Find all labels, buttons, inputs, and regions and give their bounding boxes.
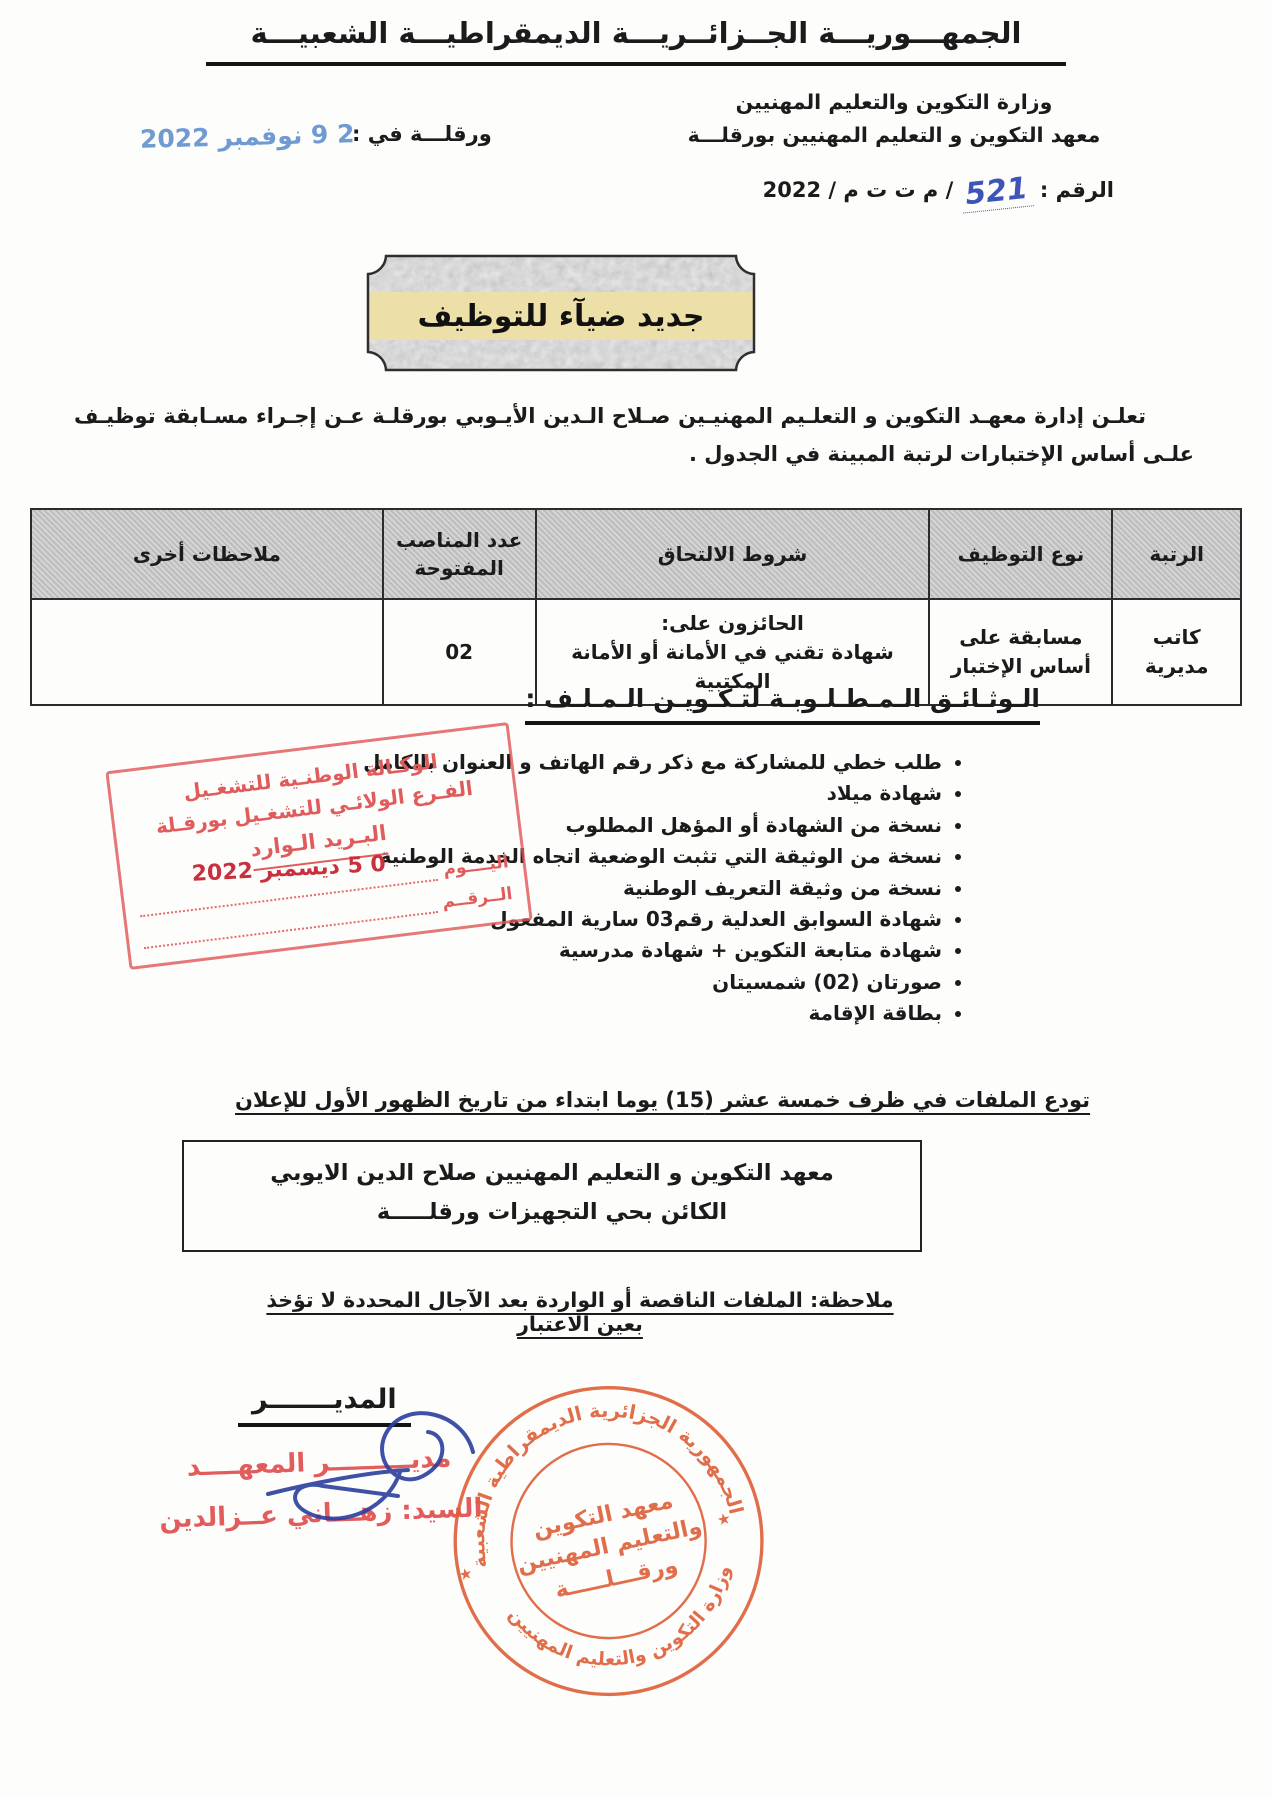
received-date-stamp: 2 9 نوفمبر 2022	[140, 119, 355, 154]
deposit-instructions: تودع الملفات في ظرف خمسة عشر (15) يوما ا…	[235, 1088, 1090, 1112]
anem-ref-label: الــرقــم	[441, 883, 513, 911]
header-conditions: شروط الالتحاق	[536, 509, 930, 599]
header-rank: الرتبة	[1112, 509, 1241, 599]
recruitment-table: الرتبة نوع التوظيف شروط الالتحاق عدد الم…	[30, 508, 1242, 706]
scanned-document-page: الجمهـــوريـــة الجــزائــريـــة الديمقر…	[0, 0, 1272, 1798]
list-item: بطاقة الإقامة	[274, 999, 942, 1027]
anem-day-label: اليــــوم	[442, 852, 509, 880]
reference-label: الرقم :	[1040, 178, 1114, 202]
list-item: شهادة متابعة التكوين + شهادة مدرسية	[274, 936, 942, 964]
intro-paragraph: تعلـن إدارة معهـد التكوين و التعلـيم الم…	[74, 398, 1194, 474]
reference-suffix: / م ت ت م / 2022	[763, 178, 954, 202]
cell-open-positions: 02	[383, 599, 536, 705]
address-line-2: الكائن بحي التجهيزات ورقلـــــة	[184, 1193, 920, 1232]
header-other-notes: ملاحظات أخرى	[31, 509, 383, 599]
remark-note: ملاحظة: الملفات الناقصة أو الواردة بعد ا…	[250, 1288, 910, 1336]
institute-round-seal: الجمهورية الجزائرية الديمقراطية الشعبية …	[413, 1345, 805, 1740]
cell-other-notes	[31, 599, 383, 705]
address-box: معهد التكوين و التعليم المهنيين صلاح الد…	[182, 1140, 922, 1252]
address-line-1: معهد التكوين و التعليم المهنيين صلاح الد…	[184, 1154, 920, 1193]
ministry-name: وزارة التكوين والتعليم المهنيين	[674, 86, 1114, 119]
table-header-row: الرتبة نوع التوظيف شروط الالتحاق عدد الم…	[31, 509, 1241, 599]
documents-heading: الـوثـائـق الـمـطـلـوبـة لتـكـويـن الـمـ…	[525, 684, 1040, 725]
ministry-block: وزارة التكوين والتعليم المهنيين معهد الت…	[674, 86, 1114, 152]
country-title: الجمهـــوريـــة الجــزائــريـــة الديمقر…	[206, 16, 1066, 66]
round-seal-graphic: الجمهورية الجزائرية الديمقراطية الشعبية …	[413, 1345, 804, 1736]
reference-line: الرقم : 521 / م ت ت م / 2022	[763, 172, 1114, 208]
header-open-positions: عدد المناصب المفتوحة	[383, 509, 536, 599]
header-recruitment-type: نوع التوظيف	[929, 509, 1112, 599]
institute-name: معهد التكوين و التعليم المهنيين بورقلـــ…	[674, 119, 1114, 152]
place-date-label: ورقلـــة في :	[352, 122, 492, 146]
reference-number-handwritten: 521	[960, 170, 1034, 213]
cell-rank: كاتب مديرية	[1112, 599, 1241, 705]
list-item: صورتان (02) شمسيتان	[274, 968, 942, 996]
announcement-plaque: جديد ضيآء للتوظيف	[366, 254, 756, 374]
banner-title: جديد ضيآء للتوظيف	[366, 292, 756, 340]
conditions-intro: الحائزون على:	[543, 609, 923, 638]
